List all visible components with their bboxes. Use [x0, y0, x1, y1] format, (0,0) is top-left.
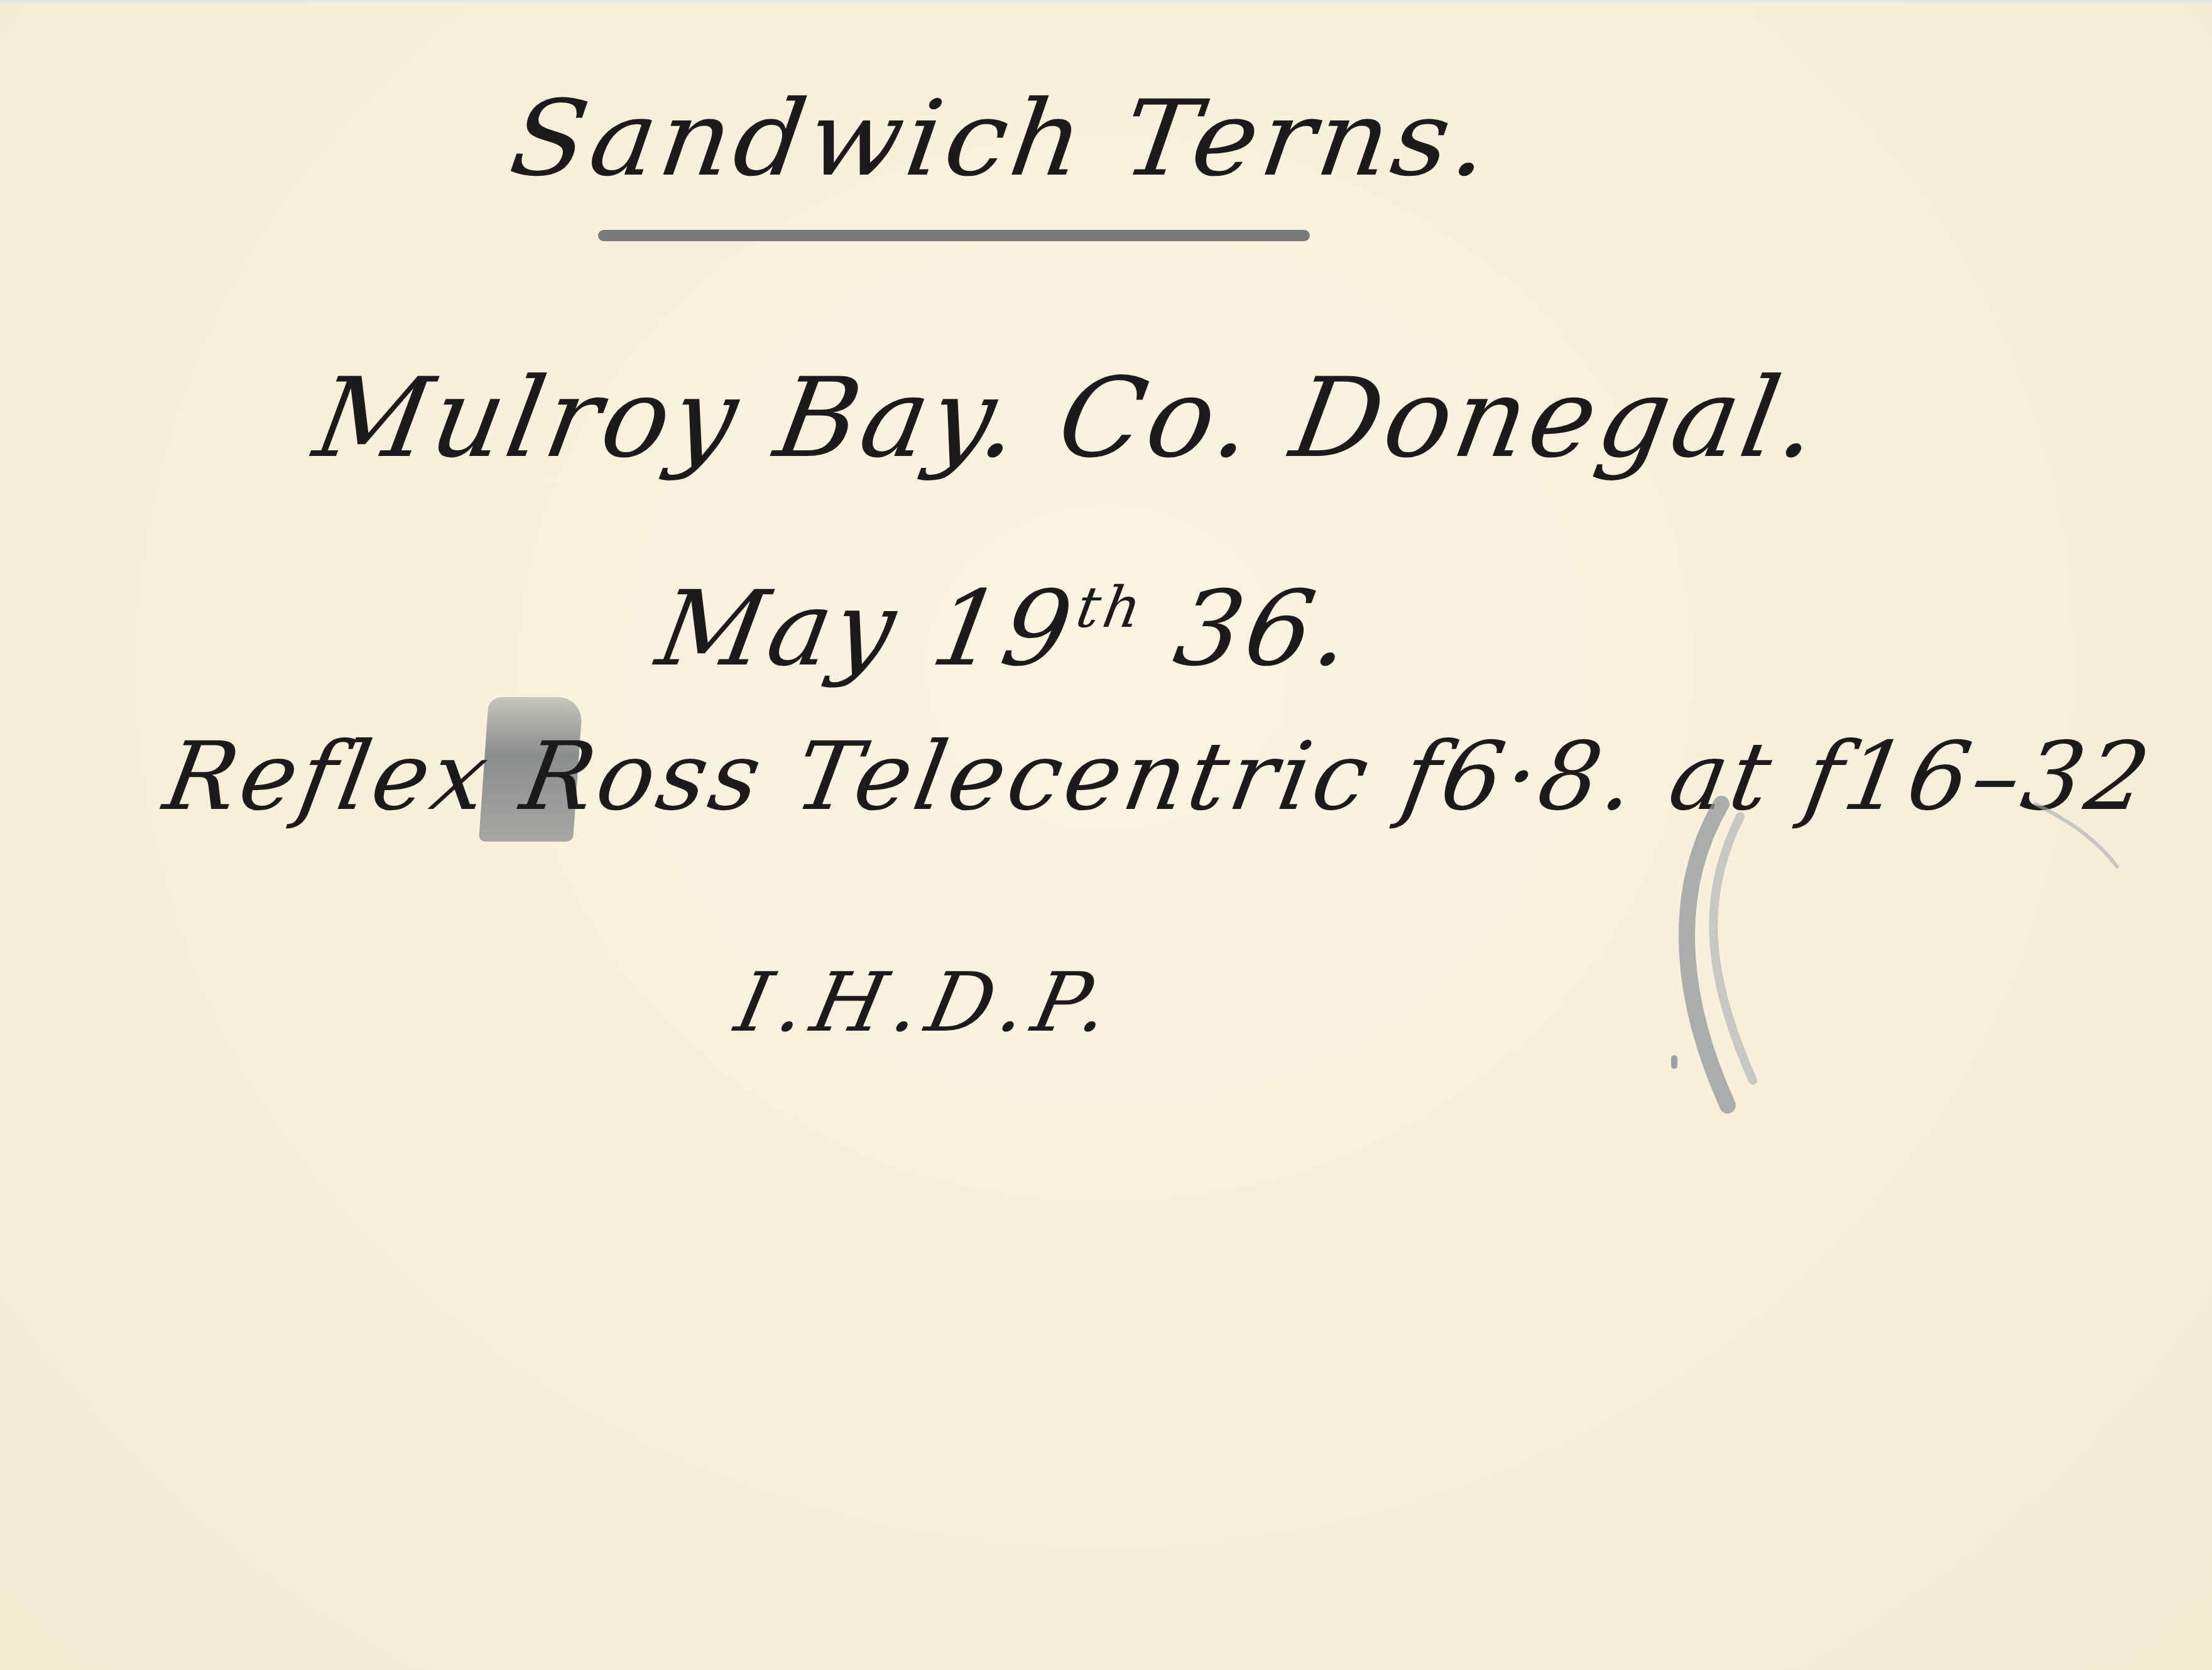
species-title: Sandwich Terns. [503, 79, 1500, 200]
title-underline [598, 230, 1310, 241]
ink-smear-mark [1633, 779, 2136, 1131]
card-top-edge [0, 0, 2212, 4]
date-text: May 19 [649, 568, 1084, 689]
lens-details-line: Reflex Ross Telecentric f6·8. at f16–32 [157, 722, 2161, 832]
date-suffix: th [1072, 575, 1150, 641]
ink-speck [1671, 1055, 1677, 1069]
date-line: May 19th 36. [649, 568, 1364, 689]
archive-label-card: Sandwich Terns. Mulroy Bay. Co. Donegal.… [0, 0, 2212, 1670]
location-line: Mulroy Bay. Co. Donegal. [306, 355, 1831, 482]
date-year: 36. [1130, 568, 1364, 689]
photographer-initials: I.H.D.P. [728, 955, 1127, 1050]
